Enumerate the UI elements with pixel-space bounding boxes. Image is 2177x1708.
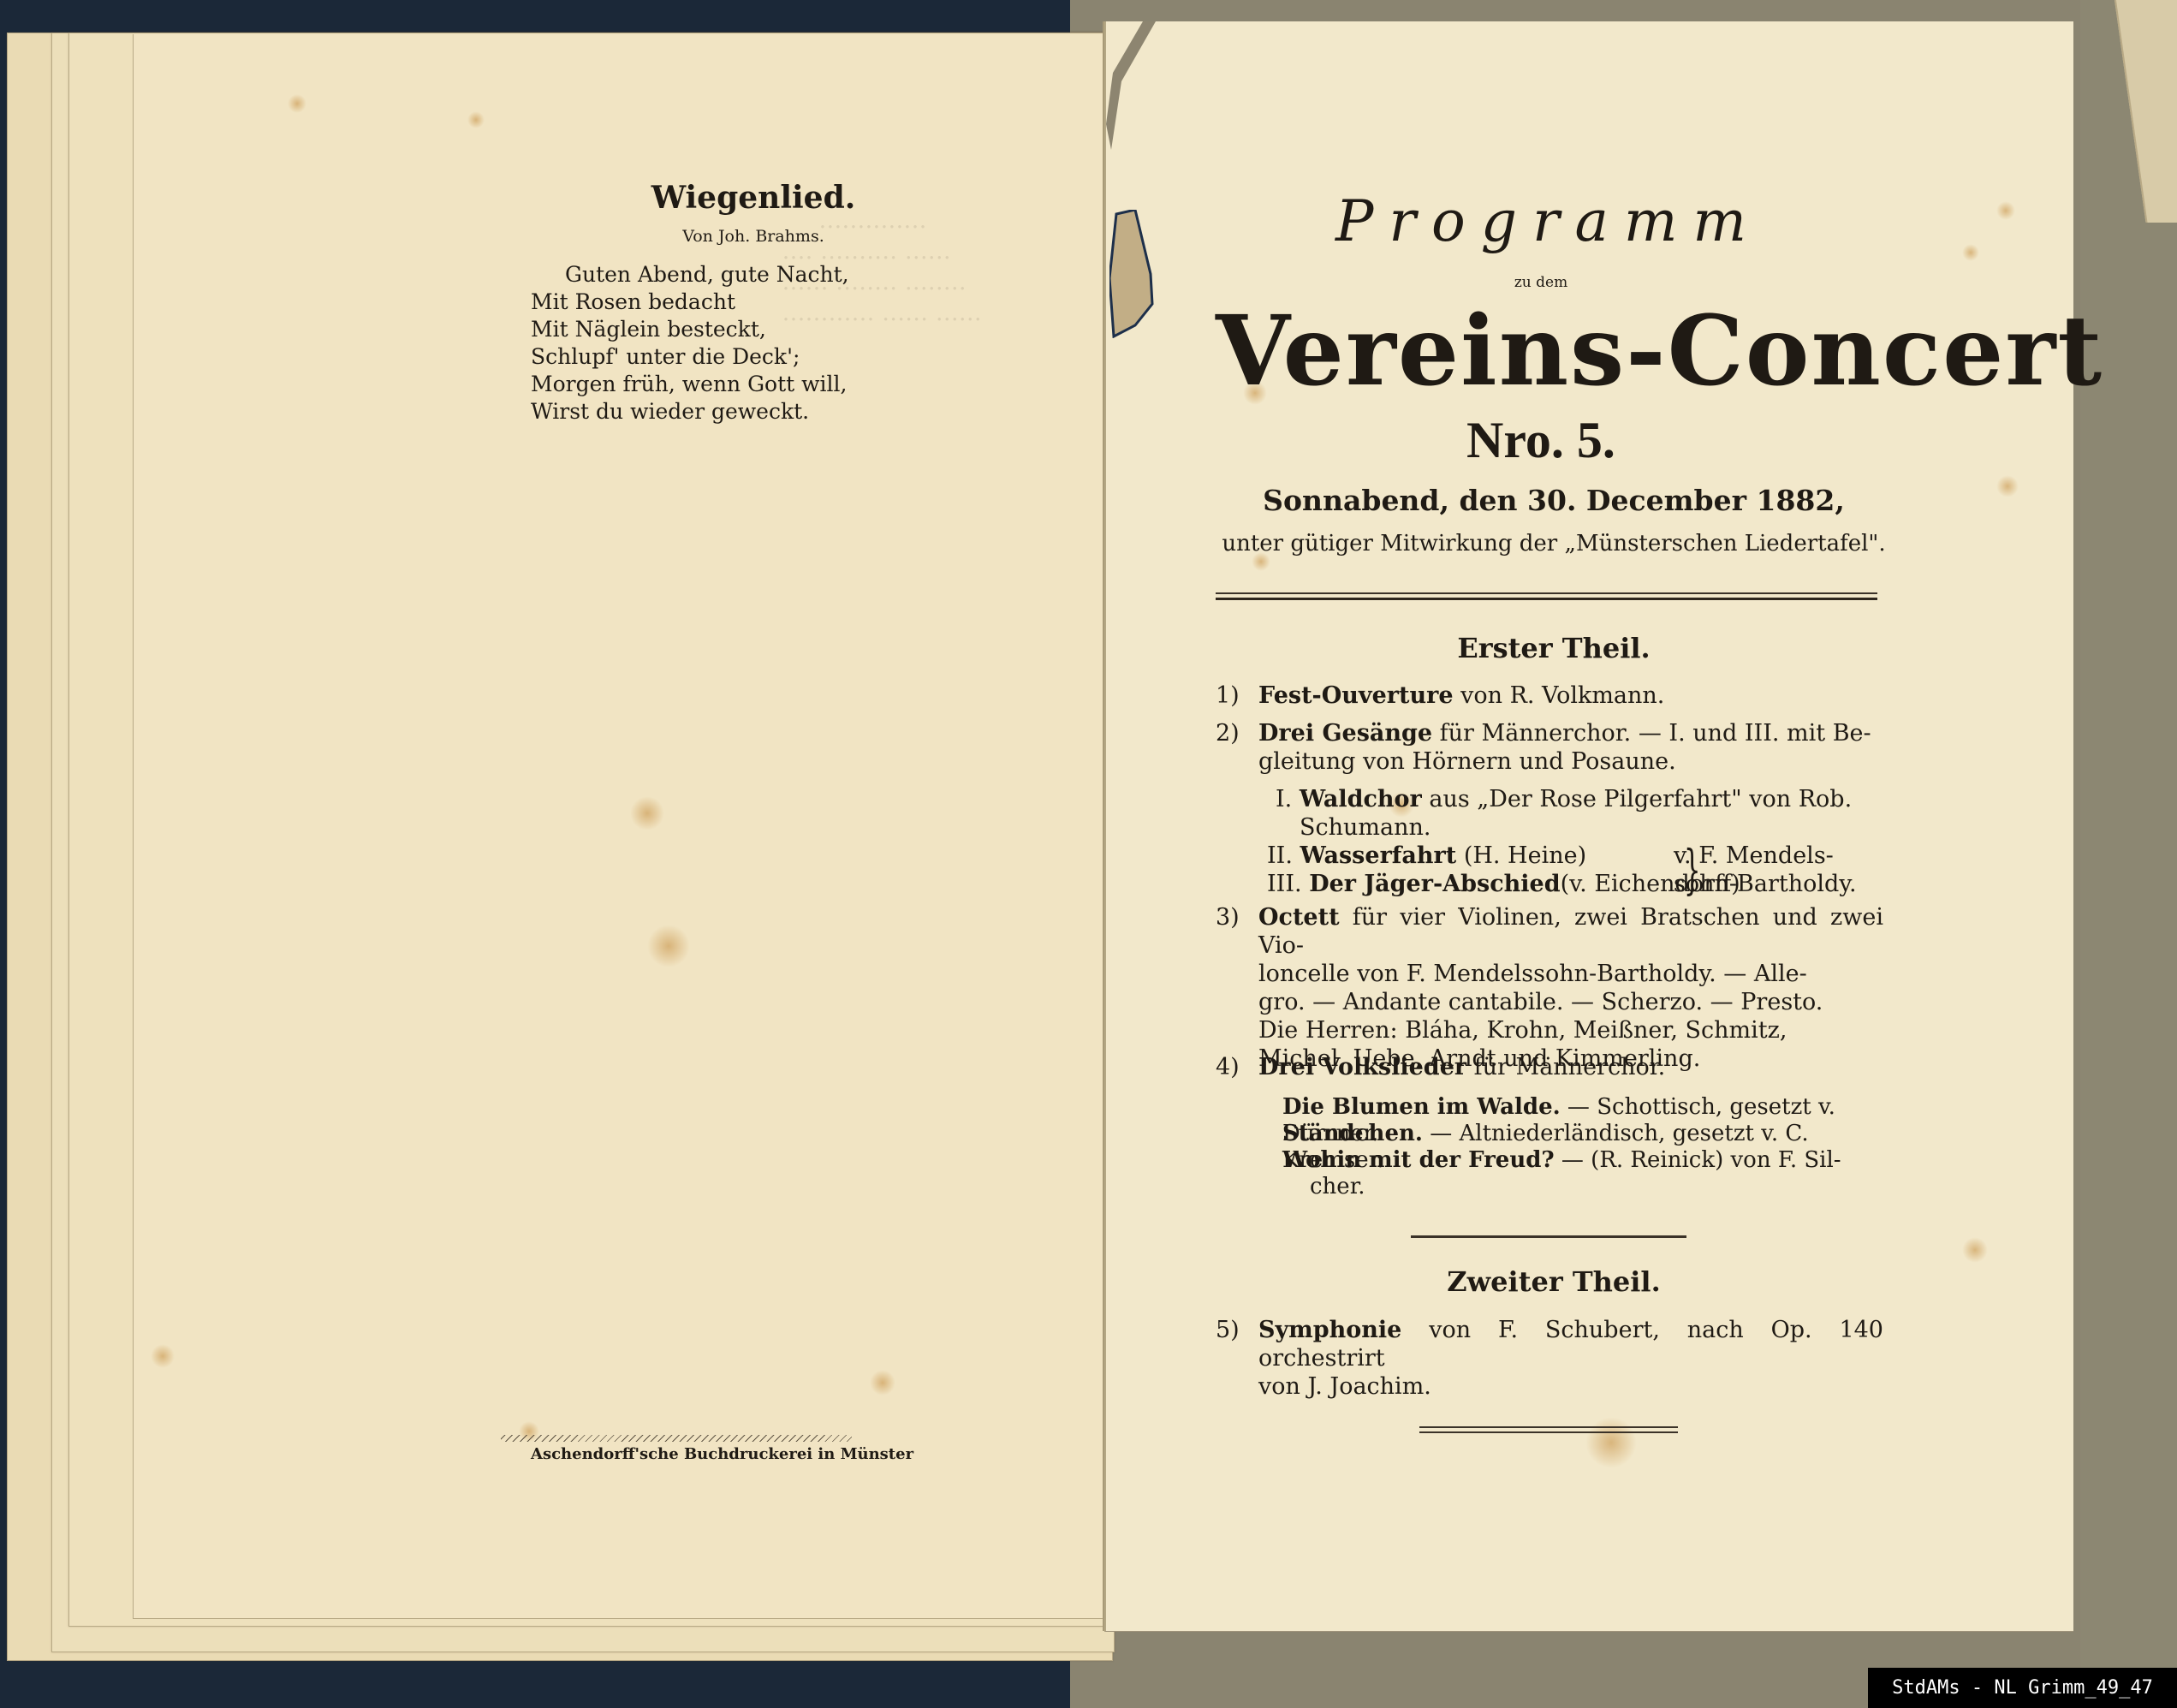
- item-text: für vier Violinen, zwei Bratschen und zw…: [1258, 904, 1883, 959]
- collaboration-note: unter gütiger Mitwirkung der „Münstersch…: [1207, 531, 1900, 556]
- item-title: Drei Volkslieder: [1258, 1054, 1466, 1080]
- item-title: Fest-Ouverture: [1258, 682, 1454, 709]
- song-text: — (R. Reinick) von F. Sil-: [1555, 1147, 1841, 1173]
- divider-rule: [1419, 1426, 1678, 1428]
- sub-item-title: Der Jäger-Abschied: [1309, 871, 1560, 897]
- item-text-cont: von J. Joachim.: [1258, 1372, 1883, 1401]
- item-text-cont: gleitung von Hörnern und Posaune.: [1258, 747, 1883, 776]
- program-title: Programm: [1335, 188, 1695, 254]
- paper-hole: [1109, 210, 1157, 338]
- section-heading-part-2: Zweiter Theil.: [1216, 1265, 1892, 1298]
- verse-line: Mit Näglein besteckt,: [531, 316, 849, 343]
- poem-author: Von Joh. Brahms.: [599, 227, 907, 246]
- concert-date: Sonnabend, den 30. December 1882,: [1216, 484, 1892, 517]
- folk-song: Wohin mit der Freud? — (R. Reinick) von …: [1282, 1147, 1882, 1174]
- divider-rule: [1419, 1431, 1678, 1433]
- roman-numeral: I.: [1276, 786, 1292, 812]
- item-title: Octett: [1258, 904, 1340, 931]
- item-text-cont: Die Herren: Bláha, Krohn, Meißner, Schmi…: [1258, 1016, 1883, 1044]
- brace-glyph: }: [1684, 843, 1701, 896]
- item-text-cont: loncelle von F. Mendelssohn-Bartholdy. —…: [1258, 960, 1883, 988]
- book-cover-edge: [2080, 0, 2177, 1708]
- sub-item-title: Wasserfahrt: [1300, 842, 1457, 869]
- item-text-cont: gro. — Andante cantabile. — Scherzo. — P…: [1258, 988, 1883, 1016]
- item-number: 3): [1216, 903, 1240, 931]
- item-number: 5): [1216, 1316, 1240, 1344]
- song-title: Wohin mit der Freud?: [1282, 1147, 1555, 1173]
- item-number: 4): [1216, 1053, 1240, 1081]
- verse-line: Mit Rosen bedacht: [531, 289, 849, 316]
- concert-number: Nro. 5.: [1370, 411, 1712, 470]
- song-text-cont: cher.: [1310, 1174, 1909, 1200]
- sub-item-text: aus „Der Rose Pilgerfahrt" von Rob.: [1422, 786, 1852, 812]
- item-title: Drei Gesänge: [1258, 720, 1432, 747]
- book-spine: [1103, 21, 1104, 1631]
- roman-numeral: III.: [1267, 871, 1302, 897]
- divider-rule: [1216, 598, 1877, 600]
- sub-item-text-cont: Schumann.: [1276, 813, 1892, 842]
- sub-item: I. Waldchor aus „Der Rose Pilgerfahrt" v…: [1276, 785, 1892, 842]
- paper-tear: [1104, 21, 1156, 150]
- item-text: von R. Volkmann.: [1454, 682, 1665, 709]
- printer-imprint: Aschendorff'sche Buchdruckerei in Münste…: [531, 1445, 913, 1463]
- divider-rule: [1216, 592, 1877, 594]
- section-heading-part-1: Erster Theil.: [1216, 632, 1892, 664]
- divider-rule: [1411, 1235, 1686, 1238]
- poem-title: Wiegenlied.: [599, 180, 907, 216]
- verse-line: Wirst du wieder geweckt.: [531, 398, 849, 426]
- archive-watermark: StdAMs - NL Grimm_49_47: [1868, 1668, 2177, 1708]
- song-title: Ständchen.: [1282, 1121, 1423, 1146]
- song-title: Die Blumen im Walde.: [1282, 1094, 1561, 1120]
- item-number: 2): [1216, 719, 1240, 747]
- item-text: für Männerchor. — I. und III. mit Be-: [1432, 720, 1871, 747]
- composer-credit: sohn-Bartholdy.: [1674, 870, 1857, 898]
- verse-line: Guten Abend, gute Nacht,: [531, 261, 849, 289]
- sub-item-text: (H. Heine): [1456, 842, 1586, 869]
- wavy-rule: [501, 1435, 852, 1442]
- verse-line: Schlupf' unter die Deck';: [531, 343, 849, 371]
- item-text: für Männerchor.: [1466, 1054, 1665, 1080]
- roman-numeral: II.: [1267, 842, 1293, 869]
- item-title: Symphonie: [1258, 1317, 1401, 1343]
- program-subtitle: zu dem: [1455, 274, 1627, 291]
- item-number: 1): [1216, 681, 1240, 710]
- poem-verses: Guten Abend, gute Nacht, Mit Rosen bedac…: [531, 261, 849, 426]
- verse-line: Morgen früh, wenn Gott will,: [531, 371, 849, 398]
- sub-item-title: Waldchor: [1300, 786, 1422, 812]
- event-title: Vereins-Concert: [1216, 295, 1892, 408]
